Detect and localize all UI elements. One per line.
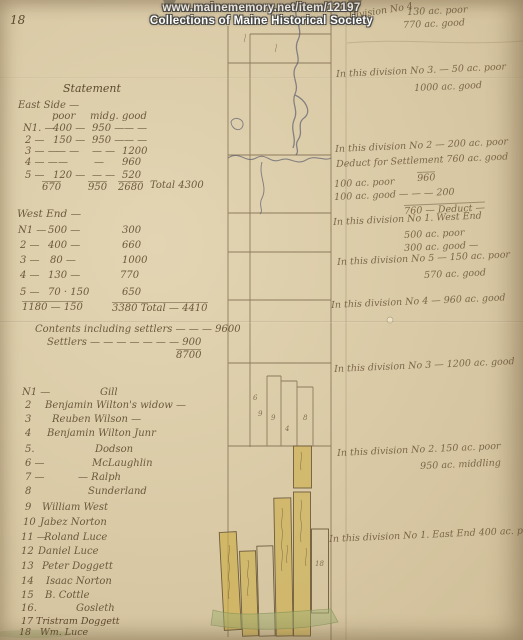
- row-b: 660: [122, 241, 141, 251]
- row-no: 2 —: [25, 136, 45, 146]
- row-poor: 400 —: [53, 124, 85, 134]
- contents-line: Contents including settlers — — — 9600: [35, 325, 241, 335]
- settler-no: 12: [21, 547, 34, 557]
- settler-no: N1 —: [22, 388, 50, 398]
- settler-no: 5.: [25, 445, 35, 455]
- stream: [228, 4, 331, 214]
- row-midg: 950 —: [92, 136, 124, 146]
- total-poor: 670: [42, 181, 61, 193]
- settler-no: 17: [21, 617, 33, 627]
- row-b: 1000: [122, 256, 147, 266]
- row-good: 520: [122, 171, 141, 181]
- row-no: N1. —: [23, 124, 54, 134]
- row-b: 300: [122, 226, 141, 236]
- contents-total: 8700: [176, 349, 201, 361]
- total-label: Total 4300: [150, 181, 204, 191]
- lot-number: 4: [284, 425, 289, 433]
- row-good: 960: [122, 158, 141, 168]
- row-a: 500 —: [48, 226, 80, 236]
- paper-slip-edge: [347, 41, 523, 43]
- lot-number: 9: [271, 414, 276, 422]
- settler-no: 6 —: [25, 459, 45, 469]
- lot-number: 6: [253, 394, 258, 402]
- watermark-collection: Collections of Maine Historical Society: [0, 15, 523, 27]
- column-header-poor: poor: [52, 112, 75, 122]
- row-poor: 120 —: [53, 171, 85, 181]
- lot-number: 9: [258, 410, 263, 418]
- settler-no: 3: [25, 415, 31, 425]
- settler-no: 18: [19, 628, 31, 638]
- settler-name: McLaughlin: [92, 459, 153, 469]
- division-note: 960: [417, 171, 436, 183]
- row-no: 5 —: [20, 288, 40, 298]
- settler-name: Sunderland: [88, 487, 147, 497]
- settler-no: 14: [21, 577, 34, 587]
- settler-no: 13: [21, 562, 34, 572]
- settler-name: B. Cottle: [45, 591, 90, 601]
- row-poor: 150 —: [53, 136, 85, 146]
- column-header-midg: midg.: [90, 112, 119, 122]
- row-midg: — —: [92, 147, 115, 157]
- white-lot: [312, 529, 329, 613]
- division-note: 570 ac. good: [424, 268, 486, 280]
- settler-no: 15: [21, 591, 34, 601]
- row-a: 70 · 150: [48, 288, 89, 298]
- settler-no: 2: [25, 401, 31, 411]
- settler-name: Tristram Doggett: [36, 617, 120, 627]
- lot-number: 18: [315, 560, 324, 568]
- row-good: 1200: [122, 147, 147, 157]
- row-no: 3 — —: [25, 147, 58, 157]
- settler-lot-strips: [219, 446, 328, 636]
- row-good: — —: [124, 124, 147, 134]
- settler-no: 10: [23, 518, 36, 528]
- settler-name: Gill: [100, 388, 118, 398]
- settler-no: 9: [25, 503, 31, 513]
- statement-title: Statement: [63, 83, 121, 94]
- settler-name: Reuben Wilson —: [52, 415, 141, 425]
- survey-plan-map: 6 9 9 4 8 18: [0, 0, 523, 640]
- row-b: 770: [120, 271, 139, 281]
- scanned-document: 6 9 9 4 8 18 18 Statement East Side — po…: [0, 0, 523, 640]
- row-b: 650: [122, 288, 141, 298]
- division-note: 500 ac. poor: [404, 228, 465, 240]
- row-poor: — —: [56, 147, 79, 157]
- west-end-subtotal: 1180 — 150: [22, 301, 83, 313]
- yellow-lot: [294, 446, 312, 488]
- settler-name: Dodson: [95, 445, 133, 455]
- total-good: 2680: [118, 181, 143, 193]
- settler-name: — Ralph: [78, 473, 121, 483]
- settler-name: Benjamin Wilton Junr: [47, 429, 156, 439]
- lot-number: 8: [303, 414, 308, 422]
- west-end-title: West End —: [17, 209, 81, 220]
- row-no: 4 —: [20, 271, 40, 281]
- settler-name: Daniel Luce: [38, 547, 99, 557]
- row-a: 400 —: [48, 241, 80, 251]
- contents-line: Settlers — — — — — — — 900: [47, 338, 201, 348]
- row-no: 4 — —: [25, 158, 58, 168]
- row-a: 130 —: [48, 271, 80, 281]
- settler-no: 4: [25, 429, 31, 439]
- watermark-url: www.mainememory.net/item/12197: [0, 2, 523, 14]
- row-no: 3 —: [20, 256, 40, 266]
- settler-name: Peter Doggett: [42, 562, 113, 572]
- row-midg: — —: [92, 171, 115, 181]
- row-midg: —: [94, 158, 104, 168]
- row-no: 2 —: [20, 241, 40, 251]
- settler-name: Roland Luce: [44, 533, 107, 543]
- settler-name: Jabez Norton: [40, 518, 107, 528]
- row-poor: —: [58, 158, 68, 168]
- settler-no: 7 —: [25, 473, 45, 483]
- settler-name: Benjamin Wilton's widow —: [45, 401, 186, 411]
- column-header-good: good: [122, 112, 147, 122]
- row-no: N1 —: [18, 226, 46, 236]
- settler-no: 8: [25, 487, 31, 497]
- settler-name: Isaac Norton: [46, 577, 112, 587]
- settler-name: Gosleth: [76, 604, 115, 614]
- division-note: 100 ac. poor: [334, 177, 395, 189]
- row-no: 5 —: [25, 171, 45, 181]
- west-end-total: 3380 Total — 4410: [112, 302, 208, 314]
- settler-no: 16.: [21, 604, 37, 614]
- row-good: — —: [124, 136, 147, 146]
- statement-side-label: East Side —: [18, 101, 79, 111]
- row-midg: 950 —: [92, 124, 124, 134]
- fold-hole: [387, 317, 393, 323]
- total-midg: 950: [88, 181, 107, 193]
- settler-name: William West: [42, 503, 108, 513]
- settler-name: Wm. Luce: [40, 628, 88, 638]
- row-a: 80 —: [50, 256, 76, 266]
